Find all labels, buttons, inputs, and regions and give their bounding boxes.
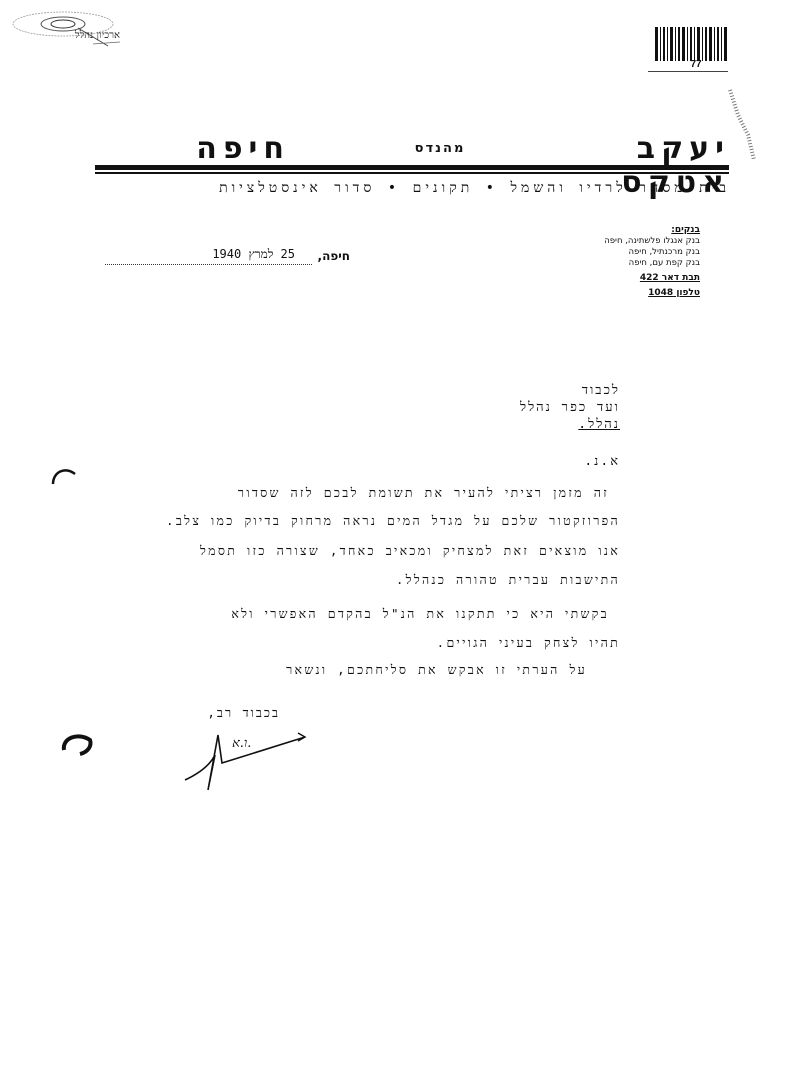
po-box: תבת דאר 422 <box>530 273 700 284</box>
letterhead-services: בית מסחר לרדיו והשמל • תקונים • סדור אינ… <box>120 180 730 197</box>
letterhead-title: מהנדס <box>380 141 500 156</box>
body-line: תהיו לצחק בעיני הגויים. <box>437 635 620 651</box>
closing: בכבוד רב, <box>180 705 280 721</box>
date-line: חיפה, 25 למרץ 1940 <box>105 247 350 267</box>
archive-logo-icon <box>8 4 123 50</box>
bank-line: בנק אנגלו פלשתינה, חיפה <box>530 236 700 247</box>
archive-label: ארכיון נהלל <box>30 30 120 41</box>
body-line: בקשתי היא כי תתקנו את הנ"ל בהקדם האפשרי … <box>231 606 609 622</box>
paper-damage-mark <box>728 85 758 165</box>
barcode-rule <box>648 71 728 72</box>
ink-stain-mark <box>58 730 98 758</box>
banks-block: בנקים: בנק אנגלו פלשתינה, חיפה בנק מרכנת… <box>530 225 700 299</box>
banks-header: בנקים: <box>530 225 700 236</box>
barcode-number: 77 <box>676 59 716 70</box>
body-line: על הערתי זו אבקש את סליחתכם, ונשאר <box>286 662 587 678</box>
letterhead-rule-thin <box>95 172 729 174</box>
letterhead-rule <box>95 165 729 170</box>
addressee-line: לכבוד <box>420 382 620 399</box>
bank-line: בנק מרכנתיל, חיפה <box>530 247 700 258</box>
addressee-line: נהלל. <box>420 416 620 433</box>
salutation: א.נ. <box>520 453 620 469</box>
addressee-line: ועד כפר נהלל <box>420 399 620 416</box>
signature-icon: ו.א. <box>180 725 320 795</box>
date-place: חיפה, <box>318 249 350 263</box>
phone: טלפון 1048 <box>530 288 700 299</box>
date-text: 25 למרץ 1940 <box>212 247 295 262</box>
body-line: התישבות עברית טהורה כנהלל. <box>396 572 620 588</box>
body-line: זה מזמן רציתי להעיר את תשומת לבכם לזה שס… <box>238 485 609 501</box>
signature-initials: ו.א. <box>232 736 251 751</box>
letterhead-city: חיפה <box>170 132 290 166</box>
bank-line: בנק קפת עם, חיפה <box>530 258 700 269</box>
barcode-icon <box>655 27 729 61</box>
addressee-block: לכבוד ועד כפר נהלל נהלל. <box>420 382 620 433</box>
date-dotted-rule <box>105 264 312 265</box>
ink-stain-mark <box>45 462 85 492</box>
body-line: אנו מוצאים זאת למצחיק ומכאיב כאחד, שצורה… <box>200 543 620 559</box>
body-line: הפרוזקטור שלכם על מגדל המים נראה מרחוק ב… <box>166 513 620 529</box>
